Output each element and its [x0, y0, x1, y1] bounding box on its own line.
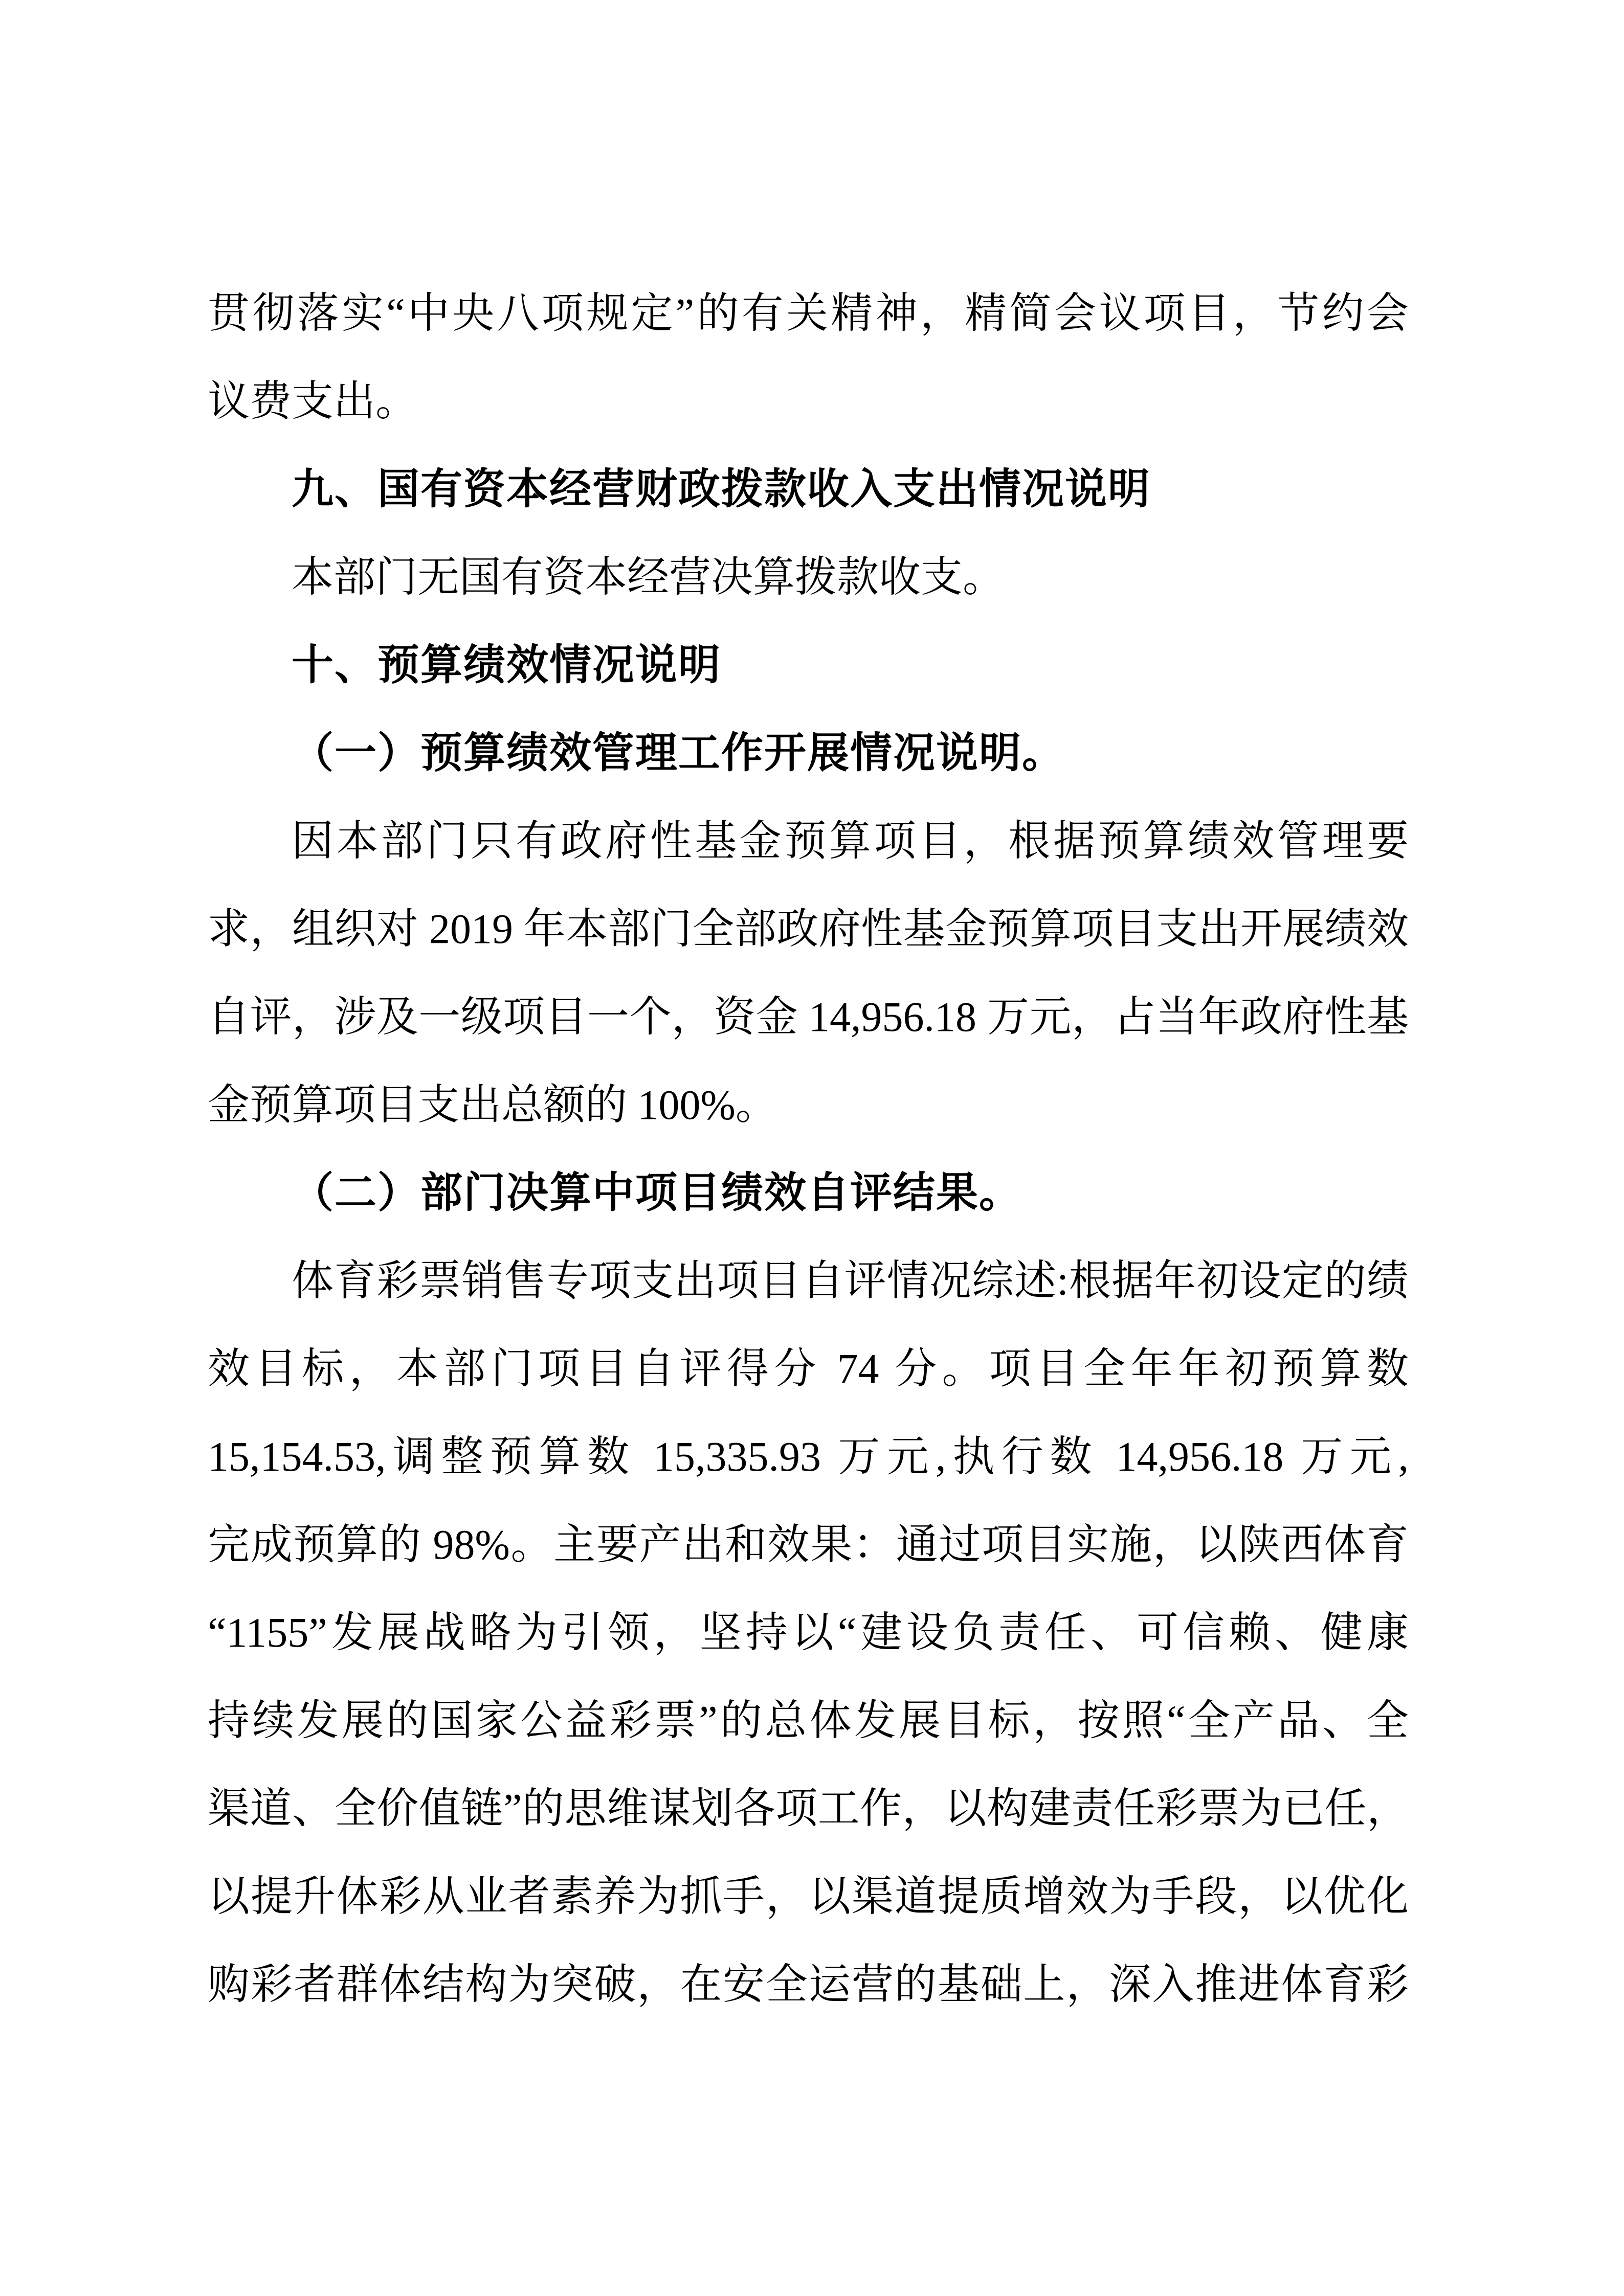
body-line-16: “1155”发展战略为引领，坚持以“建设负责任、可信赖、健康 — [208, 1589, 1409, 1677]
body-line-2: 议费支出。 — [208, 357, 1409, 445]
body-line-7: 因本部门只有政府性基金预算项目，根据预算绩效管理要 — [208, 797, 1409, 885]
page-text-block: 贯彻落实“中央八项规定”的有关精神，精简会议项目，节约会 议费支出。 九、国有资… — [208, 269, 1409, 2029]
body-line-10: 金预算项目支出总额的 100%。 — [208, 1061, 1409, 1149]
body-line-4: 本部门无国有资本经营决算拨款收支。 — [208, 533, 1409, 621]
body-line-14: 15,154.53,调整预算数 15,335.93 万元,执行数 14,956.… — [208, 1413, 1409, 1501]
heading-sub-2: （二）部门决算中项目绩效自评结果。 — [208, 1149, 1409, 1237]
body-line-17: 持续发展的国家公益彩票”的总体发展目标，按照“全产品、全 — [208, 1677, 1409, 1765]
body-line-9: 自评，涉及一级项目一个，资金 14,956.18 万元，占当年政府性基 — [208, 973, 1409, 1061]
body-line-18: 渠道、全价值链”的思维谋划各项工作，以构建责任彩票为已任， — [208, 1765, 1409, 1853]
body-line-13: 效目标，本部门项目自评得分 74 分。项目全年年初预算数 — [208, 1325, 1409, 1413]
body-line-20: 购彩者群体结构为突破，在安全运营的基础上，深入推进体育彩 — [208, 1941, 1409, 2029]
document-page: { "page": { "lines": [ { "text": "贯彻落实“中… — [0, 0, 1624, 2296]
body-line-12: 体育彩票销售专项支出项目自评情况综述:根据年初设定的绩 — [208, 1237, 1409, 1325]
heading-section-9: 九、国有资本经营财政拨款收入支出情况说明 — [208, 445, 1409, 533]
heading-sub-1: （一）预算绩效管理工作开展情况说明。 — [208, 709, 1409, 797]
body-line-8: 求，组织对 2019 年本部门全部政府性基金预算项目支出开展绩效 — [208, 885, 1409, 973]
body-line-1: 贯彻落实“中央八项规定”的有关精神，精简会议项目，节约会 — [208, 269, 1409, 357]
body-line-15: 完成预算的 98%。主要产出和效果：通过项目实施，以陕西体育 — [208, 1501, 1409, 1589]
heading-section-10: 十、预算绩效情况说明 — [208, 621, 1409, 709]
body-line-19: 以提升体彩从业者素养为抓手，以渠道提质增效为手段，以优化 — [208, 1853, 1409, 1941]
